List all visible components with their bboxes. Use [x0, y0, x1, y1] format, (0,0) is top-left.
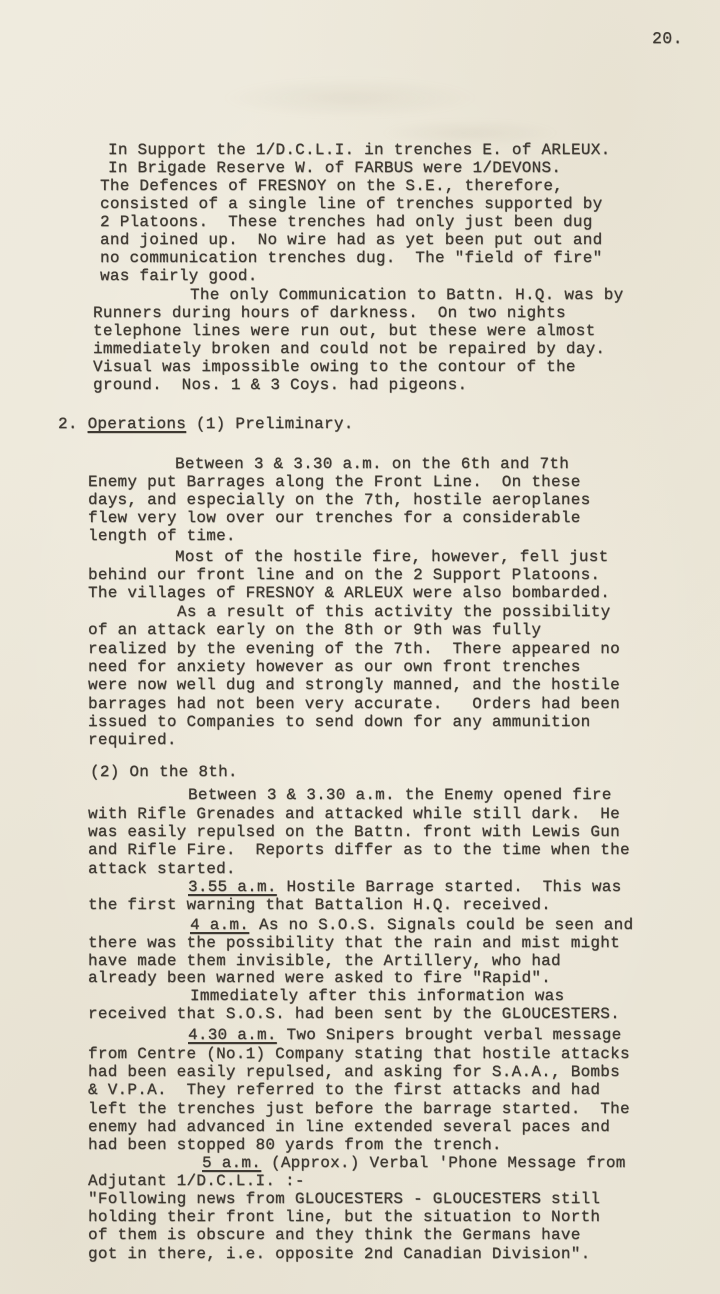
- text-line: and Rifle Fire. Reports differ as to the…: [88, 841, 630, 859]
- text-line: attack started.: [88, 860, 236, 878]
- text-line: was fairly good.: [100, 267, 258, 285]
- text-line: were now well dug and strongly manned, a…: [88, 676, 620, 694]
- text-line: flew very low over our trenches for a co…: [88, 509, 581, 527]
- page-number: 20.: [652, 29, 683, 48]
- text-line: & V.P.A. They referred to the first atta…: [88, 1081, 600, 1099]
- text-line: consisted of a single line of trenches s…: [100, 195, 602, 213]
- text-line: Enemy put Barrages along the Front Line.…: [88, 473, 581, 491]
- text-line: already been warned were asked to fire "…: [88, 969, 551, 987]
- underlined-text: 5 a.m.: [202, 1154, 261, 1172]
- text-line-underlined: 2. Operations (1) Preliminary.: [58, 415, 354, 433]
- underlined-text: Operations: [88, 415, 187, 433]
- text-line: Adjutant 1/D.C.L.I. :-: [88, 1172, 305, 1190]
- text-line: Most of the hostile fire, however, fell …: [175, 548, 608, 566]
- text-line: Visual was impossible owing to the conto…: [93, 358, 576, 376]
- text-line-underlined: 4.30 a.m. Two Snipers brought verbal mes…: [188, 1026, 621, 1044]
- text-line: telephone lines were run out, but these …: [93, 322, 595, 340]
- text-line: got in there, i.e. opposite 2nd Canadian…: [88, 1245, 590, 1263]
- text-line: there was the possibility that the rain …: [88, 934, 620, 952]
- text-line: enemy had advanced in line extended seve…: [88, 1118, 610, 1136]
- text-line: Between 3 & 3.30 a.m. on the 6th and 7th: [175, 455, 569, 473]
- text-line: realized by the evening of the 7th. Ther…: [88, 640, 620, 658]
- text-line: The villages of FRESNOY & ARLEUX were al…: [88, 584, 610, 602]
- text-line: with Rifle Grenades and attacked while s…: [88, 805, 620, 823]
- underlined-text: 3.55 a.m.: [188, 878, 277, 896]
- text-line: behind our front line and on the 2 Suppo…: [88, 566, 600, 584]
- text-line: received that S.O.S. had been sent by th…: [88, 1005, 620, 1023]
- text-line: of an attack early on the 8th or 9th was…: [88, 621, 541, 639]
- text-line: The Defences of FRESNOY on the S.E., the…: [100, 177, 563, 195]
- text-line-underlined: 5 a.m. (Approx.) Verbal 'Phone Message f…: [202, 1154, 626, 1172]
- text-line: (2) On the 8th.: [90, 763, 238, 781]
- text-line: The only Communication to Battn. H.Q. wa…: [190, 286, 623, 304]
- text-line: had been stopped 80 yards from the trenc…: [88, 1136, 502, 1154]
- text-line: have made them invisible, the Artillery,…: [88, 952, 561, 970]
- text-line: In Support the 1/D.C.L.I. in trenches E.…: [108, 141, 610, 159]
- text-line: "Following news from GLOUCESTERS - GLOUC…: [88, 1190, 600, 1208]
- text-line: length of time.: [88, 527, 236, 545]
- text-line: immediately broken and could not be repa…: [93, 340, 605, 358]
- text-line: As a result of this activity the possibi…: [177, 603, 610, 621]
- text-line: barrages had not been very accurate. Ord…: [88, 695, 620, 713]
- text-line: left the trenches just before the barrag…: [88, 1100, 630, 1118]
- text-line: and joined up. No wire had as yet been p…: [100, 231, 602, 249]
- text-line: holding their front line, but the situat…: [88, 1208, 600, 1226]
- text-line: no communication trenches dug. The "fiel…: [100, 249, 602, 267]
- text-line: the first warning that Battalion H.Q. re…: [88, 896, 551, 914]
- text-line-underlined: 4 a.m. As no S.O.S. Signals could be see…: [190, 916, 633, 934]
- text-line: Between 3 & 3.30 a.m. the Enemy opened f…: [188, 786, 612, 804]
- text-line: from Centre (No.1) Company stating that …: [88, 1045, 630, 1063]
- underlined-text: 4 a.m.: [190, 916, 249, 934]
- text-line: 2 Platoons. These trenches had only just…: [100, 213, 593, 231]
- text-line: required.: [88, 731, 177, 749]
- document-page: 20. In Support the 1/D.C.L.I. in trenche…: [0, 0, 720, 1294]
- text-line: In Brigade Reserve W. of FARBUS were 1/D…: [108, 159, 561, 177]
- text-line: Immediately after this information was: [190, 987, 564, 1005]
- text-line: ground. Nos. 1 & 3 Coys. had pigeons.: [93, 376, 467, 394]
- text-line: days, and especially on the 7th, hostile…: [88, 491, 590, 509]
- paper-smudge: [220, 78, 480, 118]
- text-line: Runners during hours of darkness. On two…: [93, 304, 566, 322]
- text-line: of them is obscure and they think the Ge…: [88, 1226, 581, 1244]
- text-line: was easily repulsed on the Battn. front …: [88, 823, 620, 841]
- text-line: had been easily repulsed, and asking for…: [88, 1063, 620, 1081]
- text-line: need for anxiety however as our own fron…: [88, 658, 581, 676]
- text-line: issued to Companies to send down for any…: [88, 713, 590, 731]
- text-line-underlined: 3.55 a.m. Hostile Barrage started. This …: [188, 878, 621, 896]
- underlined-text: 4.30 a.m.: [188, 1026, 277, 1044]
